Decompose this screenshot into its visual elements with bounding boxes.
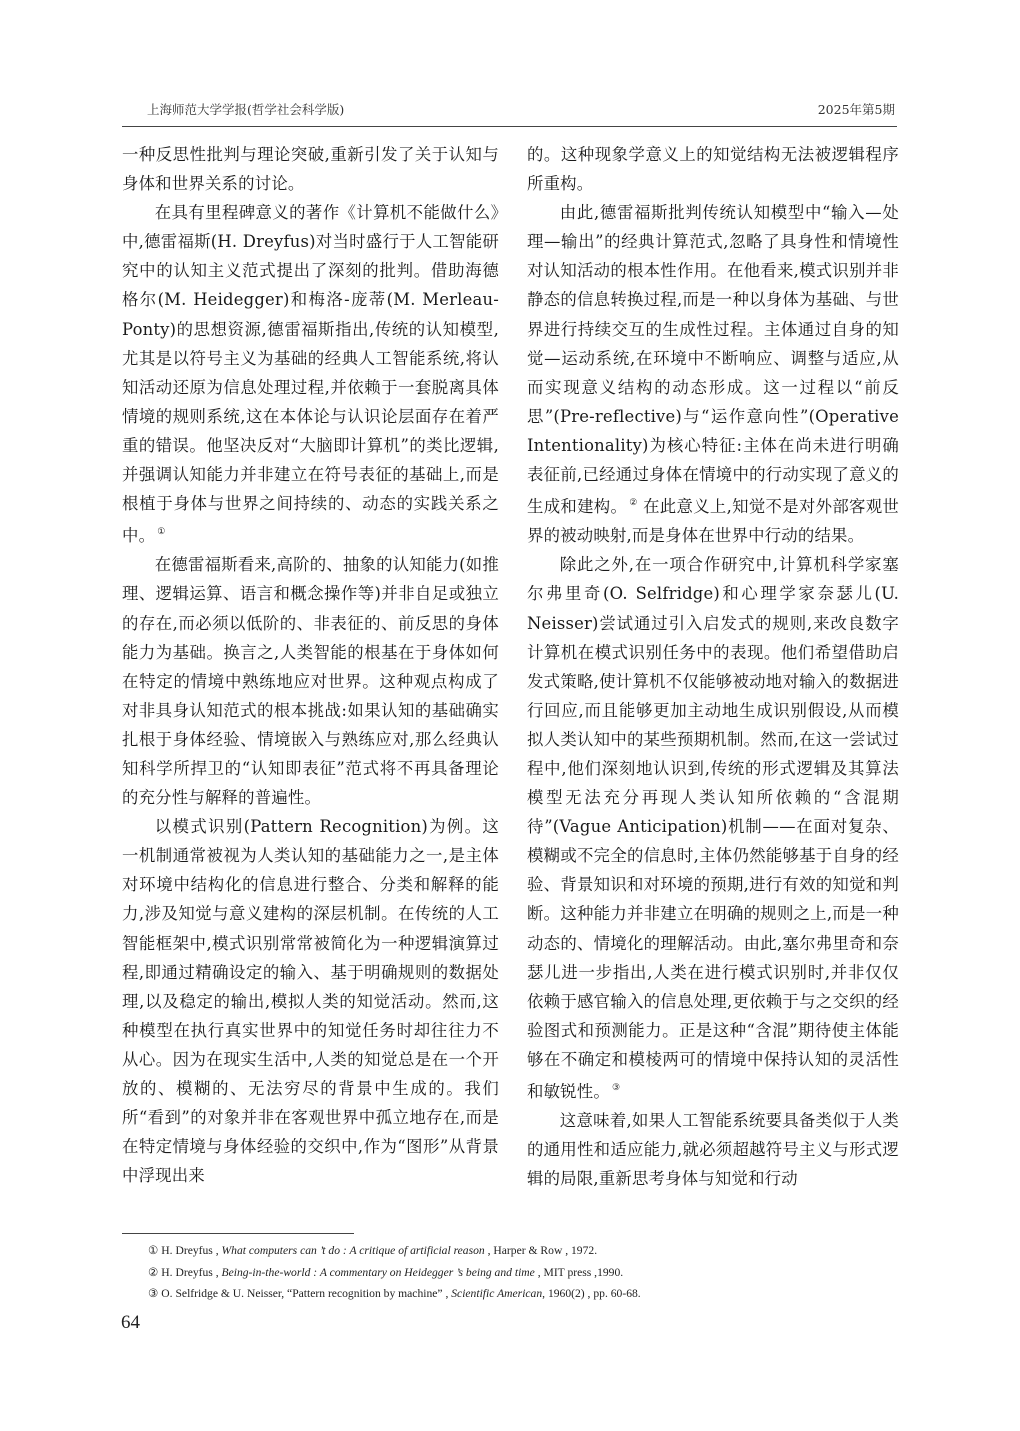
footnote-item: ③ O. Selfridge & U. Neisser, “Pattern re…: [148, 1283, 908, 1305]
paragraph: 以模式识别(Pattern Recognition)为例。这一机制通常被视为人类…: [122, 812, 499, 1190]
paragraph: 在德雷福斯看来,高阶的、抽象的认知能力(如推理、逻辑运算、语言和概念操作等)并非…: [122, 550, 499, 812]
paragraph: 在具有里程碑意义的著作《计算机不能做什么》中,德雷福斯(H. Dreyfus)对…: [122, 198, 499, 550]
footnote-item: ② H. Dreyfus , Being-in-the-world : A co…: [148, 1262, 908, 1284]
paragraph: 这意味着,如果人工智能系统要具备类似于人类的通用性和适应能力,就必须超越符号主义…: [527, 1106, 899, 1193]
journal-title: 上海师范大学学报(哲学社会科学版): [147, 100, 344, 118]
paragraph: 除此之外,在一项合作研究中,计算机科学家塞尔弗里奇(O. Selfridge)和…: [527, 550, 899, 1106]
right-column: 的。这种现象学意义上的知觉结构无法被逻辑程序所重构。 由此,德雷福斯批判传统认知…: [527, 140, 899, 1193]
footnote-title: Scientific American: [451, 1287, 542, 1300]
footnote-title: Being-in-the-world : A commentary on Hei…: [222, 1266, 535, 1279]
footnote-ref[interactable]: ②: [629, 498, 637, 508]
paragraph: 的。这种现象学意义上的知觉结构无法被逻辑程序所重构。: [527, 140, 899, 198]
running-header: 上海师范大学学报(哲学社会科学版) 2025年第5期: [147, 100, 895, 118]
paragraph: 由此,德雷福斯批判传统认知模型中“输入—处理—输出”的经典计算范式,忽略了具身性…: [527, 198, 899, 550]
header-rule: [122, 126, 897, 127]
footnote-marker: ②: [148, 1266, 158, 1279]
footnote-ref[interactable]: ①: [157, 527, 165, 537]
footnote-ref[interactable]: ③: [612, 1083, 620, 1093]
page-number: 64: [121, 1312, 140, 1334]
left-column: 一种反思性批判与理论突破,重新引发了关于认知与身体和世界关系的讨论。 在具有里程…: [122, 140, 499, 1190]
issue-label: 2025年第5期: [818, 100, 895, 118]
footnote-marker: ③: [148, 1287, 158, 1300]
paragraph: 一种反思性批判与理论突破,重新引发了关于认知与身体和世界关系的讨论。: [122, 140, 499, 198]
footnote-marker: ①: [148, 1244, 158, 1257]
footnote-item: ① H. Dreyfus , What computers can ’t do …: [148, 1240, 908, 1262]
footnotes: ① H. Dreyfus , What computers can ’t do …: [148, 1240, 908, 1305]
footnote-title: What computers can ’t do : A critique of…: [222, 1244, 485, 1257]
footnote-rule: [122, 1233, 354, 1234]
